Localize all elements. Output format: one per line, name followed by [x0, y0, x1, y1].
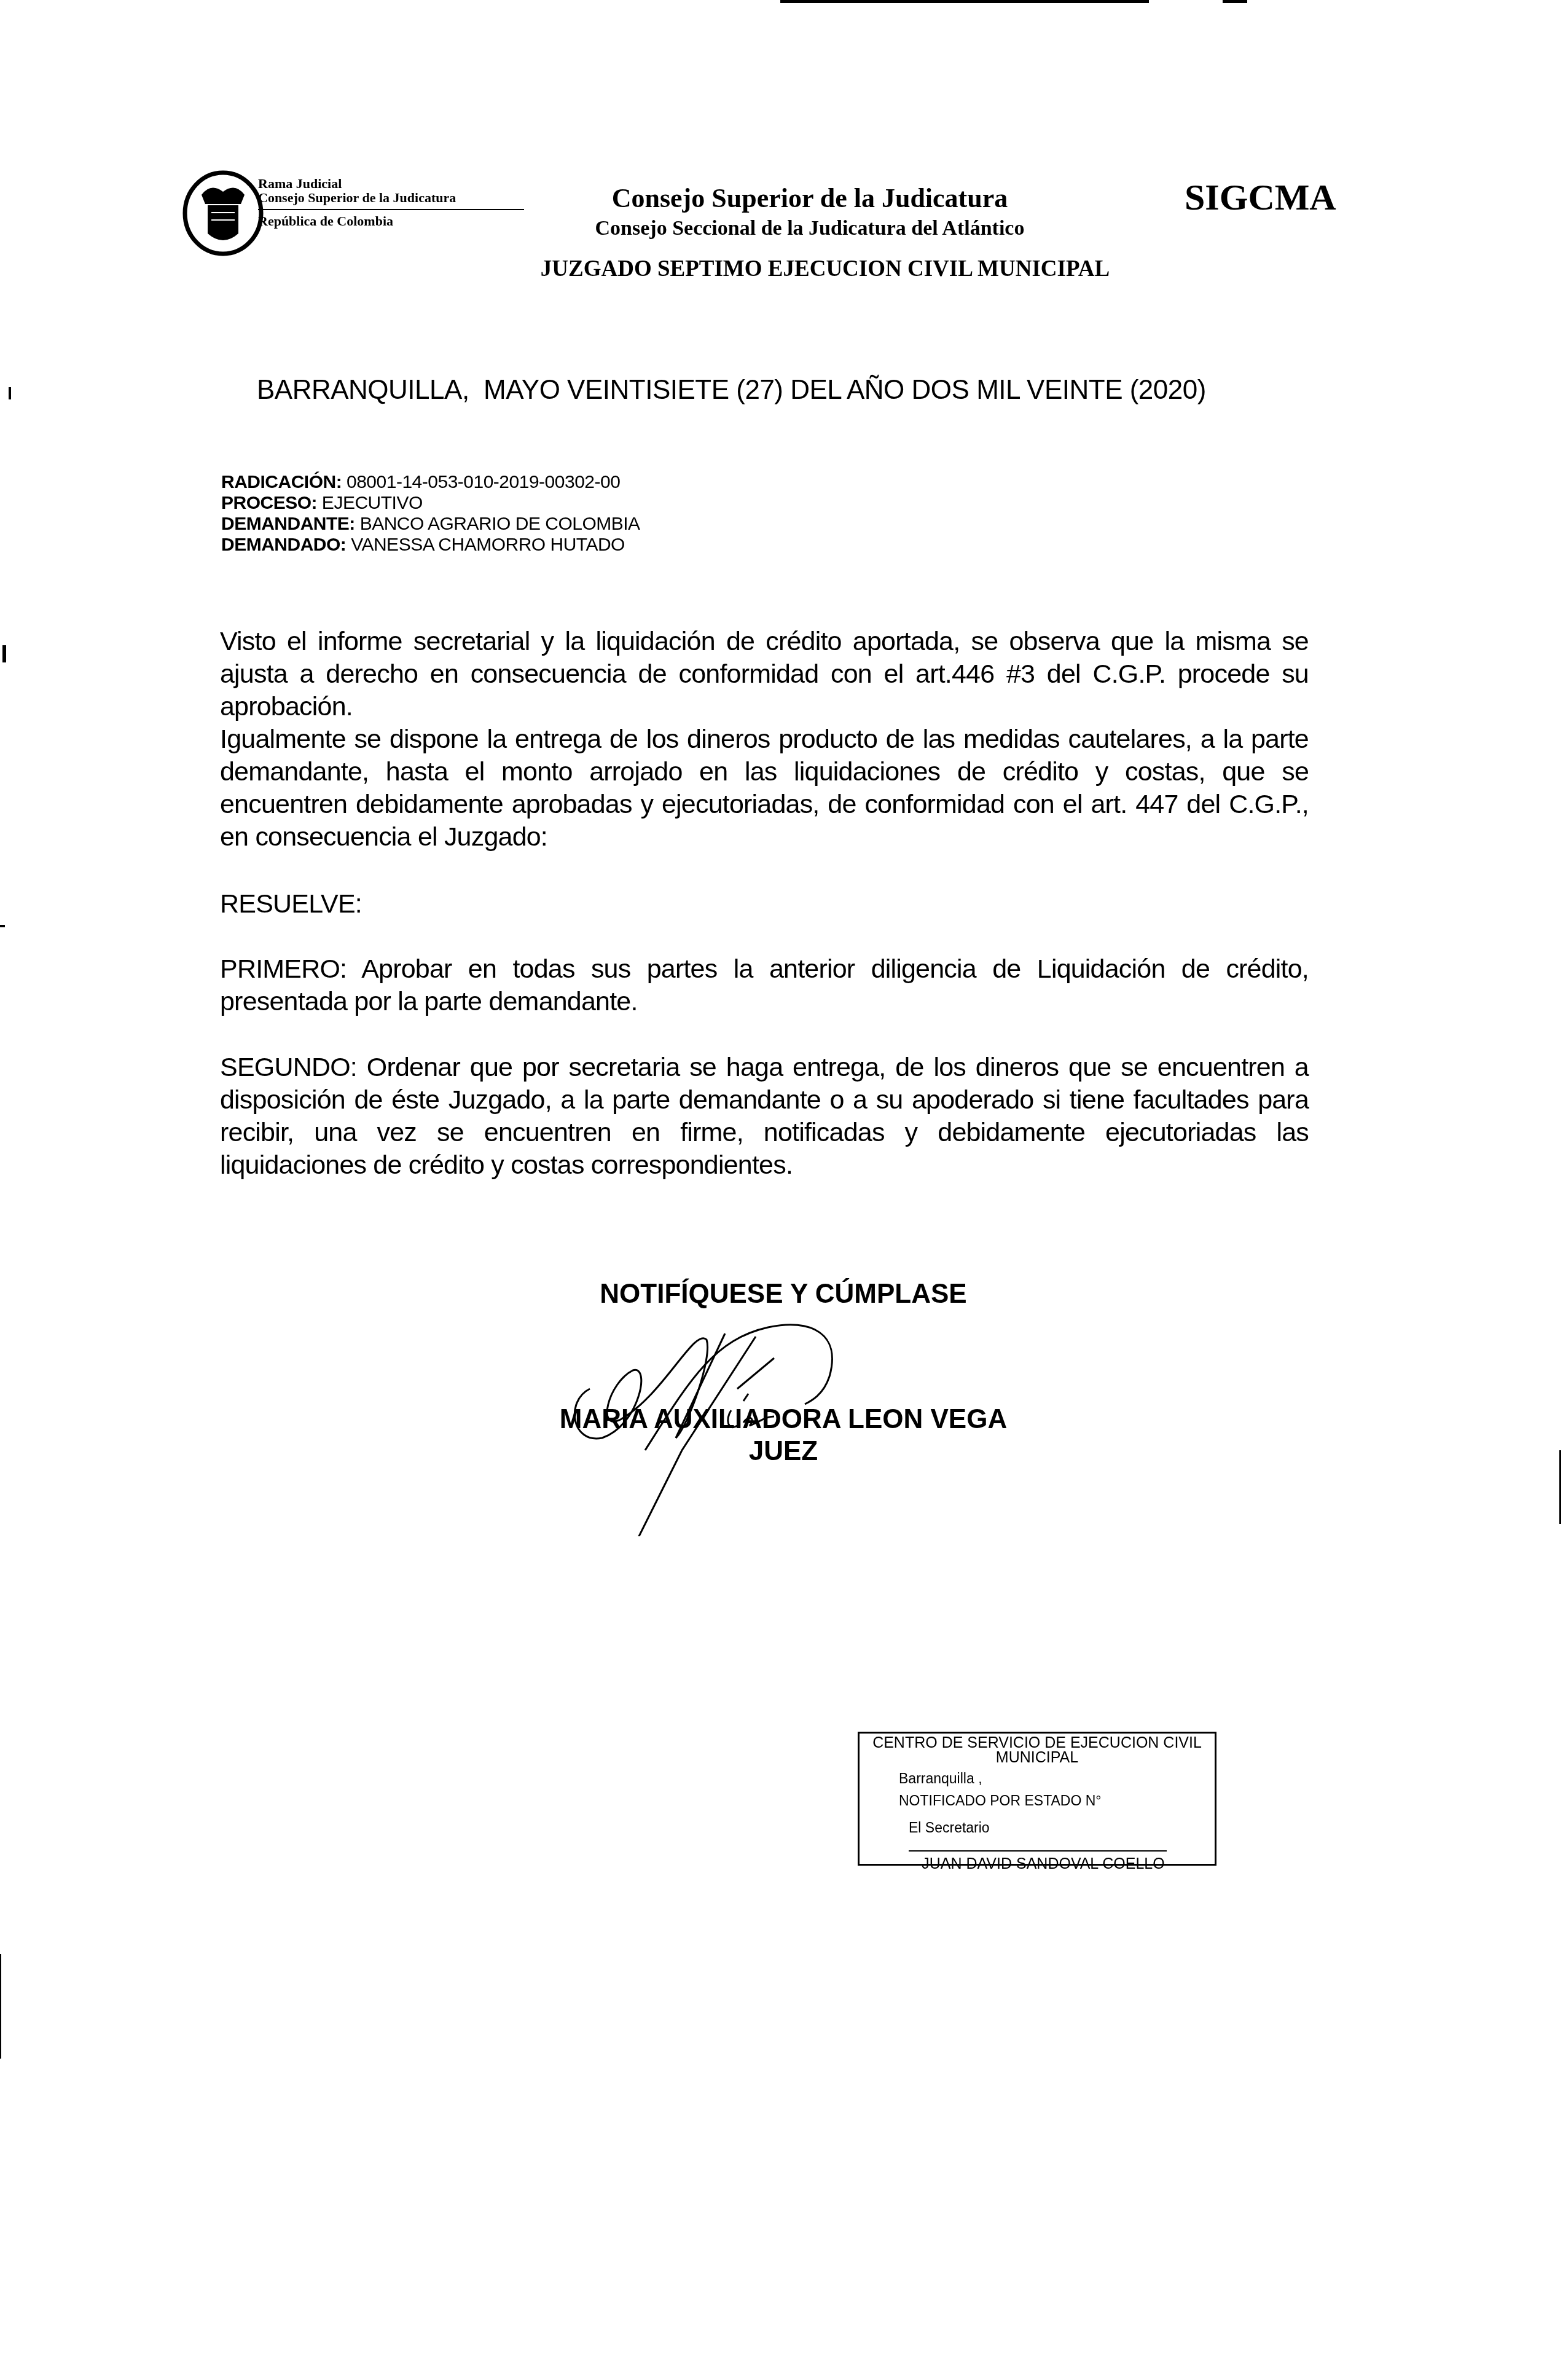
header-title: Consejo Superior de la Judicatura [564, 183, 1056, 214]
scan-artifact-left-mark [0, 925, 5, 927]
brand-consejo: Consejo Superior de la Judicatura [258, 190, 524, 210]
scan-artifact-top-mark [1223, 0, 1247, 3]
header-subtitle: Consejo Seccional de la Judicatura del A… [533, 216, 1086, 241]
stamp-secretary: El Secretario [860, 1818, 1215, 1856]
case-info-demandado: DEMANDADO: VANESSA CHAMORRO HUTADO [221, 535, 640, 556]
case-info-proceso: PROCESO: EJECUTIVO [221, 493, 640, 514]
coat-of-arms-seal-icon [177, 161, 269, 262]
brand-republica: República de Colombia [258, 213, 524, 230]
scan-artifact-top-line [780, 0, 1149, 3]
judge-name: MARIA AUXILIADORA LEON VEGA [369, 1404, 1198, 1435]
notification-stamp: CENTRO DE SERVICIO DE EJECUCION CIVIL MU… [858, 1732, 1216, 1866]
case-info: RADICACIÓN: 08001-14-053-010-2019-00302-… [221, 472, 640, 556]
paragraph-segundo: SEGUNDO: Ordenar que por secretaria se h… [220, 1051, 1309, 1182]
paragraph-primero: PRIMERO: Aprobar en todas sus partes la … [220, 953, 1309, 1018]
paragraph-igualmente: Igualmente se dispone la entrega de los … [220, 723, 1309, 854]
branding-block: Rama Judicial Consejo Superior de la Jud… [258, 177, 524, 230]
scan-artifact-left-line [0, 1954, 1, 2059]
date-line: BARRANQUILLA, MAYO VEINTISIETE (27) DEL … [257, 374, 1206, 407]
brand-rama-judicial: Rama Judicial [258, 177, 524, 190]
paragraph-visto: Visto el informe secretarial y la liquid… [220, 626, 1309, 723]
scan-artifact-left-mark [9, 387, 11, 399]
court-name: JUZGADO SEPTIMO EJECUCION CIVIL MUNICIPA… [484, 256, 1166, 283]
stamp-signature-line [909, 1837, 1167, 1852]
case-info-demandante: DEMANDANTE: BANCO AGRARIO DE COLOMBIA [221, 514, 640, 535]
sigcma-label: SIGCMA [1185, 177, 1336, 218]
scan-artifact-left-mark [2, 645, 6, 662]
stamp-city: Barranquilla , [860, 1769, 1215, 1788]
stamp-secretary-label: El Secretario [909, 1820, 990, 1836]
case-info-radicacion: RADICACIÓN: 08001-14-053-010-2019-00302-… [221, 472, 640, 493]
stamp-notified: NOTIFICADO POR ESTADO N° [860, 1791, 1215, 1810]
scan-artifact-right-line [1559, 1450, 1561, 1524]
judge-role: JUEZ [369, 1435, 1198, 1467]
resuelve-heading: RESUELVE: [220, 888, 1309, 921]
stamp-secretary-name: JUAN DAVID SANDOVAL COELLO [860, 1855, 1215, 1873]
